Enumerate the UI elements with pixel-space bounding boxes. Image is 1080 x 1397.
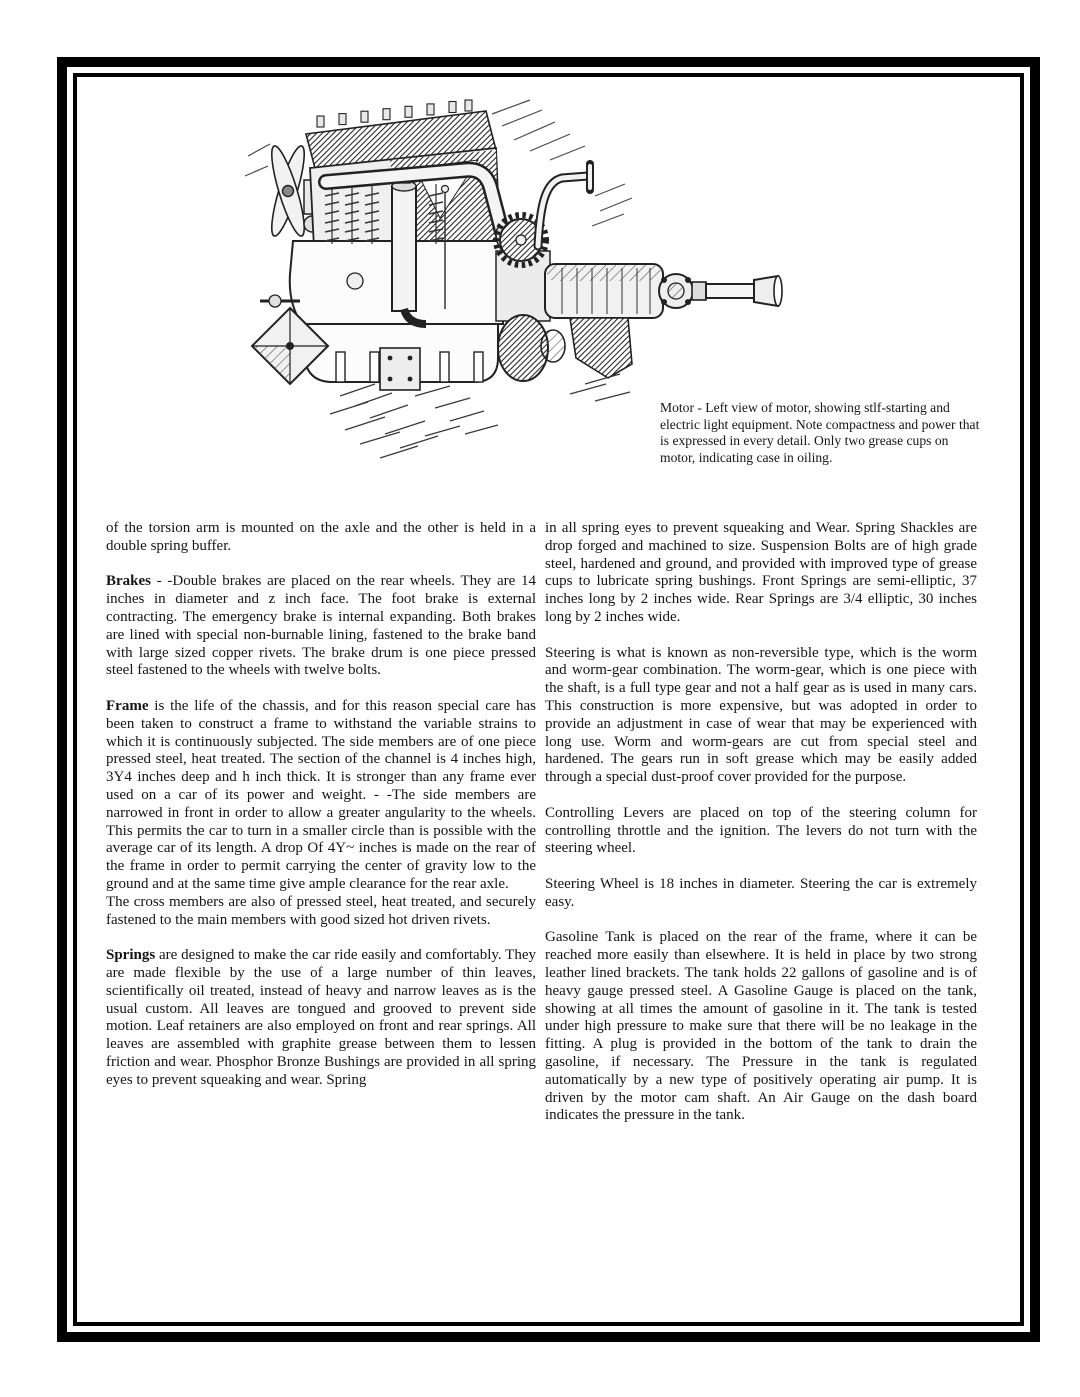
paragraph-text: The cross members are also of pressed st… — [106, 894, 536, 928]
paragraph-controlling-levers: Controlling Levers are placed on top of … — [545, 805, 977, 858]
right-text-column: in all spring eyes to prevent squeaking … — [545, 520, 977, 1143]
paragraph-text: Controlling Levers are placed on top of … — [545, 805, 977, 857]
universal-joint — [659, 274, 782, 308]
paragraph-lead: Springs — [106, 947, 155, 963]
left-text-column: of the torsion arm is mounted on the axl… — [106, 520, 536, 1107]
paragraph-text: is the life of the chassis, and for this… — [106, 698, 536, 892]
paragraph-text: Gasoline Tank is placed on the rear of t… — [545, 929, 977, 1123]
paragraph-frame: Frame is the life of the chassis, and fo… — [106, 698, 536, 894]
paragraph-text: Steering is what is known as non-reversi… — [545, 645, 977, 786]
paragraph-text: Steering Wheel is 18 inches in diameter.… — [545, 876, 977, 910]
paragraph-springs: Springs are designed to make the car rid… — [106, 947, 536, 1089]
paragraph-gasoline-tank: Gasoline Tank is placed on the rear of t… — [545, 929, 977, 1125]
transmission — [545, 264, 663, 378]
crankcase — [260, 241, 503, 324]
paragraph-lead: Brakes — [106, 573, 151, 589]
paragraph-cross-members: The cross members are also of pressed st… — [106, 894, 536, 930]
paragraph-text: in all spring eyes to prevent squeaking … — [545, 520, 977, 625]
starter-motor — [541, 330, 565, 362]
sketch-shading-bottom — [330, 374, 630, 458]
paragraph-steering: Steering is what is known as non-reversi… — [545, 645, 977, 787]
paragraph-steering-wheel: Steering Wheel is 18 inches in diameter.… — [545, 876, 977, 912]
paragraph-text: are designed to make the car ride easily… — [106, 947, 536, 1088]
paragraph-lead: Frame — [106, 698, 148, 714]
paragraph-text: - -Double brakes are placed on the rear … — [106, 573, 536, 678]
oil-pan — [302, 324, 498, 390]
paragraph-torsion-arm: of the torsion arm is mounted on the axl… — [106, 520, 536, 556]
figure-caption: Motor - Left view of motor, showing stlf… — [660, 400, 982, 466]
paragraph-brakes: Brakes - -Double brakes are placed on th… — [106, 573, 536, 680]
paragraph-spring-shackles: in all spring eyes to prevent squeaking … — [545, 520, 977, 627]
paragraph-text: of the torsion arm is mounted on the axl… — [106, 520, 536, 554]
